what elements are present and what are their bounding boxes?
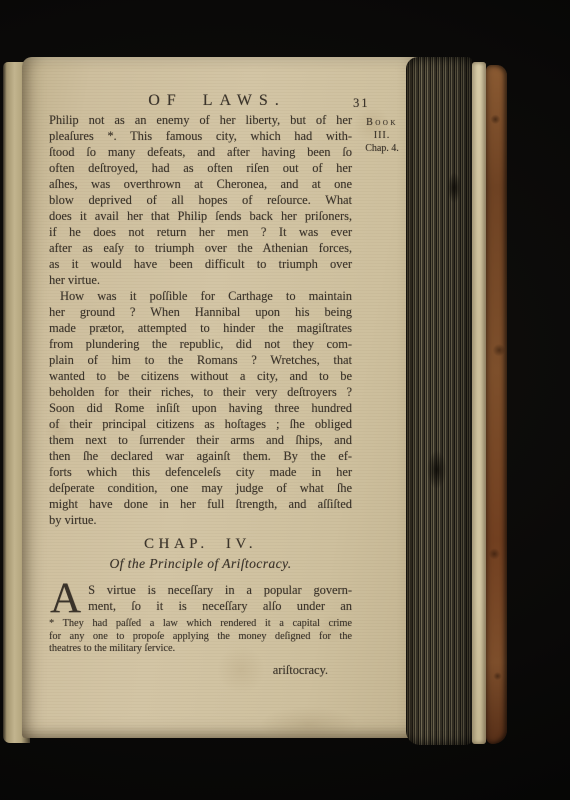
- text-line: blow deprived of all hopes of reſource. …: [49, 192, 352, 208]
- text-line: S virtue is neceſſary in a popular gover…: [49, 582, 352, 598]
- leather-cover-edge: [486, 65, 507, 744]
- text-line: How was it poſſible for Carthage to main…: [49, 288, 352, 304]
- catchword: ariſtocracy.: [49, 662, 352, 678]
- chapter-heading: CHAP. IV.: [49, 535, 352, 554]
- text-line: Soon did Rome inſiſt upon having three h…: [49, 400, 352, 416]
- text-line: pleaſures *. This famous city, which had…: [49, 128, 352, 144]
- text-line: them next to ſurrender their arms and ſh…: [49, 432, 352, 448]
- text-line: deſperate condition, one may judge of wh…: [49, 480, 352, 496]
- text-line: forts which this defenceleſs city made i…: [49, 464, 352, 480]
- text-line: after as eaſy to triumph over the Atheni…: [49, 240, 352, 256]
- text-line: her ground ? When Hannibal upon his bein…: [49, 304, 352, 320]
- paragraph-1: Philip not as an enemy of her liberty, b…: [49, 112, 352, 288]
- endpaper-edge: [472, 62, 486, 744]
- book-photo-scene: OF LAWS. 31 Book III. Chap. 4. Philip no…: [0, 0, 570, 800]
- chapter-opening-paragraph: A S virtue is neceſſary in a popular gov…: [49, 582, 352, 614]
- text-line: beholden for their riches, to their very…: [49, 384, 352, 400]
- text-line: wanted to be citizens without a city, an…: [49, 368, 352, 384]
- text-line: often deſtroyed, had as often riſen out …: [49, 160, 352, 176]
- text-line: might have done in her full ſtrength, an…: [49, 496, 352, 512]
- text-column: Philip not as an enemy of her liberty, b…: [49, 112, 352, 678]
- text-line: her virtue.: [49, 272, 352, 288]
- text-line: then ſhe declared war againſt them. By t…: [49, 448, 352, 464]
- text-line: ment, ſo it is neceſſary alſo under an: [49, 598, 352, 614]
- fore-edge-page-stack: [406, 57, 473, 745]
- footnote-line: theatres to the military ſervice.: [49, 643, 352, 656]
- text-line: from plundering the republic, did not th…: [49, 336, 352, 352]
- text-line: of their principal citizens as hoſtages …: [49, 416, 352, 432]
- text-line: ſtood ſo many defeats, and after having …: [49, 144, 352, 160]
- text-line: made prætor, attempted to hinder the mag…: [49, 320, 352, 336]
- text-line: does it avail her that Philip ſends back…: [49, 208, 352, 224]
- paragraph-2: How was it poſſible for Carthage to main…: [49, 288, 352, 528]
- running-head: OF LAWS.: [52, 92, 382, 110]
- text-line: Philip not as an enemy of her liberty, b…: [49, 112, 352, 128]
- text-line: as it would have been difficult to trium…: [49, 256, 352, 272]
- drop-cap: A: [49, 582, 88, 615]
- text-line: if he does not return her men ? It was e…: [49, 224, 352, 240]
- footnote-line: for any one to propoſe applying the mone…: [49, 631, 352, 644]
- footnote: * They had paſſed a law which rendered i…: [49, 618, 352, 656]
- chapter-subtitle: Of the Principle of Ariſtocracy.: [49, 555, 352, 572]
- text-line: aſhes, was overthrown at Cheronea, and a…: [49, 176, 352, 192]
- book-page: OF LAWS. 31 Book III. Chap. 4. Philip no…: [22, 57, 420, 738]
- page-number: 31: [353, 96, 370, 111]
- text-line: by virtue.: [49, 512, 352, 528]
- footnote-line: * They had paſſed a law which rendered i…: [49, 618, 352, 631]
- text-line: plain of him to the Romans ? Wretches, t…: [49, 352, 352, 368]
